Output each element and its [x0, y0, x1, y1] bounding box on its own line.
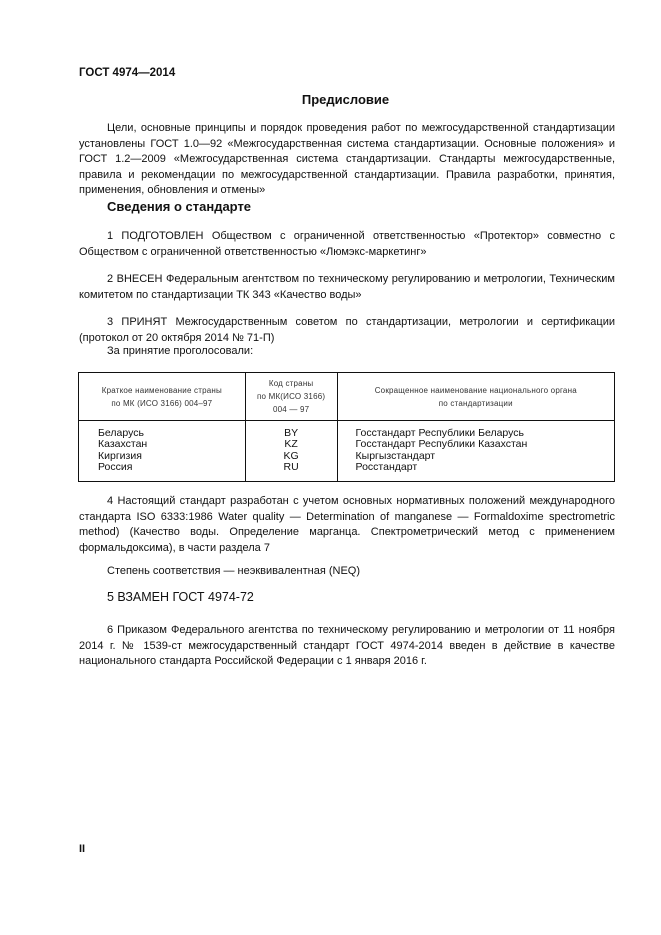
item-6: 6 Приказом Федерального агентства по тех… — [79, 623, 615, 670]
table-header-row: Краткое наименование страны по МК (ИСО 3… — [79, 373, 615, 421]
section-title: Сведения о стандарте — [107, 199, 251, 214]
item-5-text: 5 ВЗАМЕН ГОСТ 4974-72 — [107, 590, 254, 604]
voting-table: Краткое наименование страны по МК (ИСО 3… — [78, 372, 615, 482]
code-cell: RU — [246, 462, 337, 473]
voted-label-text: За принятие проголосовали: — [107, 345, 253, 357]
item-2-text: 2 ВНЕСЕН Федеральным агентством по техни… — [79, 273, 615, 301]
table-row: Беларусь Казахстан Киргизия Россия BY KZ… — [79, 421, 615, 482]
conformity-text: Степень соответствия — неэквивалентная (… — [107, 565, 360, 577]
header-body: Сокращенное наименование национального о… — [337, 373, 614, 421]
intro-paragraph: Цели, основные принципы и порядок провед… — [79, 121, 615, 199]
item-5: 5 ВЗАМЕН ГОСТ 4974-72 — [79, 590, 615, 606]
conformity-degree: Степень соответствия — неэквивалентная (… — [79, 564, 615, 580]
item-3-text: 3 ПРИНЯТ Межгосударственным советом по с… — [79, 316, 615, 344]
document-page: ГОСТ 4974—2014 Предисловие Цели, основны… — [0, 0, 661, 935]
item-1: 1 ПОДГОТОВЛЕН Обществом с ограниченной о… — [79, 229, 615, 260]
code-column: BY KZ KG RU — [245, 421, 337, 482]
header-code-line1: Код страны — [250, 377, 333, 390]
header-body-line1: Сокращенное наименование национального о… — [342, 384, 610, 397]
item-4-text: 4 Настоящий стандарт разработан с учетом… — [79, 495, 615, 554]
header-code-line2: по МК(ИСО 3166) — [250, 390, 333, 403]
header-country-line2: по МК (ИСО 3166) 004–97 — [83, 397, 241, 410]
document-code: ГОСТ 4974—2014 — [79, 67, 175, 79]
item-4: 4 Настоящий стандарт разработан с учетом… — [79, 494, 615, 556]
country-column: Беларусь Казахстан Киргизия Россия — [79, 421, 246, 482]
voted-label: За принятие проголосовали: — [79, 344, 615, 360]
page-number: II — [79, 843, 85, 855]
item-6-text: 6 Приказом Федерального агентства по тех… — [79, 624, 615, 667]
body-column: Госстандарт Республики Беларусь Госстанд… — [337, 421, 614, 482]
body-cell: Госстандарт Республики Казахстан — [356, 439, 614, 450]
country-cell: Россия — [98, 462, 245, 473]
page-title: Предисловие — [0, 92, 661, 107]
header-country: Краткое наименование страны по МК (ИСО 3… — [79, 373, 246, 421]
code-cell: KZ — [246, 439, 337, 450]
header-body-line2: по стандартизации — [342, 397, 610, 410]
country-cell: Казахстан — [98, 439, 245, 450]
body-cell: Росстандарт — [356, 462, 614, 473]
item-3: 3 ПРИНЯТ Межгосударственным советом по с… — [79, 315, 615, 346]
item-2: 2 ВНЕСЕН Федеральным агентством по техни… — [79, 272, 615, 303]
header-code: Код страны по МК(ИСО 3166) 004 — 97 — [245, 373, 337, 421]
header-code-line3: 004 — 97 — [250, 403, 333, 416]
header-country-line1: Краткое наименование страны — [83, 384, 241, 397]
item-1-text: 1 ПОДГОТОВЛЕН Обществом с ограниченной о… — [79, 230, 615, 258]
intro-text: Цели, основные принципы и порядок провед… — [79, 122, 615, 196]
